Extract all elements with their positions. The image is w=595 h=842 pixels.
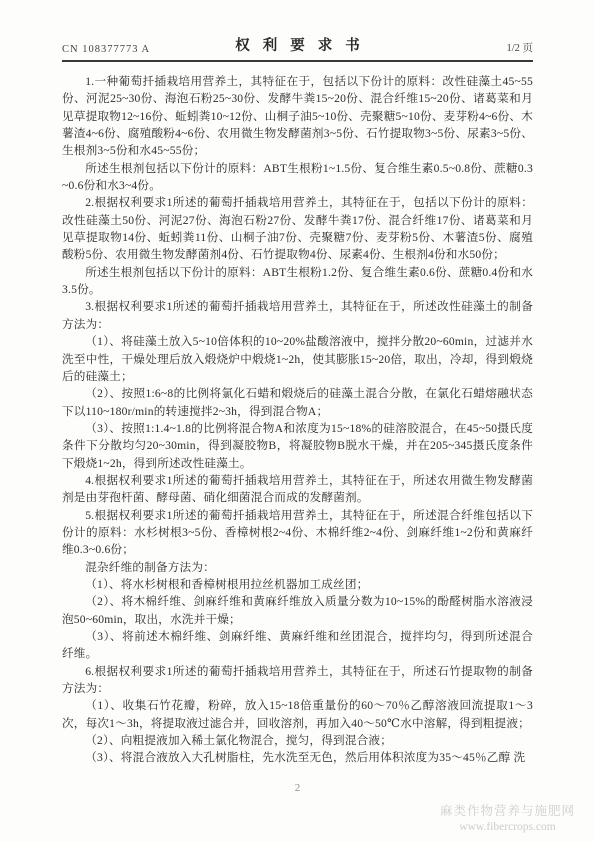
page-header: CN 108377773 A 权利要求书 1/2 页 (62, 34, 533, 62)
page-indicator: 1/2 页 (376, 40, 533, 55)
claim-6-step-2: （2）、向粗提液加入稀土氯化物混合，搅匀，得到混合液； (62, 732, 533, 749)
claim-6-paragraph: 6.根据权利要求1所述的葡萄扦插栽培用营养土，其特征在于，所述石竹提取物的制备方… (62, 663, 533, 698)
watermark-site-name: 麻类作物营养与施肥网 (440, 804, 575, 820)
watermark: 麻类作物营养与施肥网 www.fibercrops.com (440, 804, 575, 834)
page-number: 2 (0, 782, 595, 794)
claim-5-method-intro: 混杂纤维的制备方法为： (62, 559, 533, 576)
claim-5-paragraph: 5.根据权利要求1所述的葡萄扦插栽培用营养土，其特征在于，所述混合纤维包括以下份… (62, 507, 533, 559)
claim-4-paragraph: 4.根据权利要求1所述的葡萄扦插栽培用营养土，其特征在于，所述农用微生物发酵菌剂… (62, 472, 533, 507)
claim-2-paragraph: 2.根据权利要求1所述的葡萄扦插栽培用营养土，其特征在于，包括以下份计的原料：改… (62, 194, 533, 263)
claim-5-step-3: （3）、将前述木棉纤维、剑麻纤维、黄麻纤维和丝团混合，搅拌均匀，得到所述混合纤维… (62, 628, 533, 663)
watermark-site-url: www.fibercrops.com (440, 820, 575, 834)
claim-3-step-3: （3）、按照1:1.4~1.8的比例将混合物A和浓度为15~18%的硅溶胶混合，… (62, 420, 533, 472)
claims-body: 1.一种葡萄扦插栽培用营养土，其特征在于，包括以下份计的原料：改性硅藻土45~5… (62, 73, 533, 767)
claim-3-paragraph: 3.根据权利要求1所述的葡萄扦插栽培用营养土，其特征在于，所述改性硅藻土的制备方… (62, 298, 533, 333)
claim-5-step-2: （2）、将木棉纤维、剑麻纤维和黄麻纤维放入质量分数为10~15%的酚醛树脂水溶液… (62, 593, 533, 628)
document-title: 权利要求书 (219, 34, 376, 55)
claim-1-paragraph: 1.一种葡萄扦插栽培用营养土，其特征在于，包括以下份计的原料：改性硅藻土45~5… (62, 73, 533, 160)
claim-3-step-1: （1）、将硅藻土放入5~10倍体积的10~20%盐酸溶液中，搅拌分散20~60m… (62, 333, 533, 385)
claim-5-step-1: （1）、将水杉树根和香樟树根用拉丝机器加工成丝团； (62, 576, 533, 593)
patent-claims-page: CN 108377773 A 权利要求书 1/2 页 1.一种葡萄扦插栽培用营养… (0, 0, 595, 842)
claim-6-step-1: （1）、收集石竹花瓣，粉碎，放入15~18倍重量份的60～70％乙醇溶液回流提取… (62, 697, 533, 732)
claim-2-rooting-agent-paragraph: 所述生根剂包括以下份计的原料：ABT生根粉1.2份、复合维生素0.6份、蔗糖0.… (62, 264, 533, 299)
claim-1-rooting-agent-paragraph: 所述生根剂包括以下份计的原料：ABT生根粉1~1.5份、复合维生素0.5~0.8… (62, 160, 533, 195)
claim-3-step-2: （2）、按照1:6~8的比例将氯化石蜡和煅烧后的硅藻土混合分散，在氯化石蜡熔融状… (62, 385, 533, 420)
claim-6-step-3: （3）、将混合液放入大孔树脂柱，先水洗至无色，然后用体积浓度为35～45％乙醇 … (62, 749, 533, 766)
publication-number: CN 108377773 A (62, 44, 219, 55)
